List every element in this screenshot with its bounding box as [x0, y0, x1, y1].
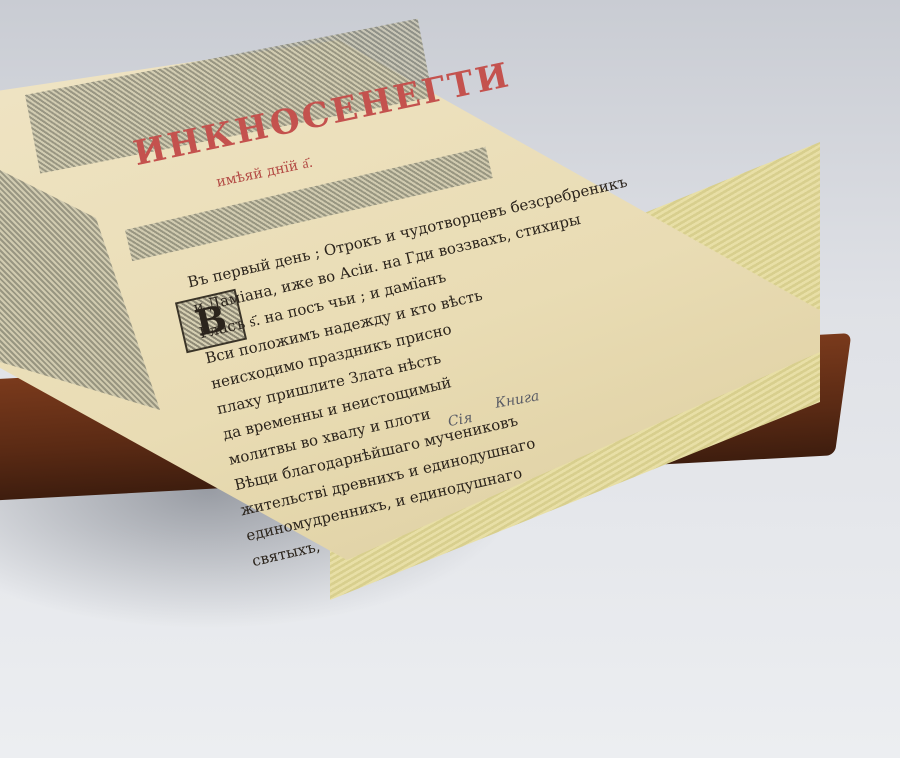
photo-scene: ИНКНОСЕНЕГТИ имѣяй днїй а҃. В Въ первый … [0, 0, 900, 758]
